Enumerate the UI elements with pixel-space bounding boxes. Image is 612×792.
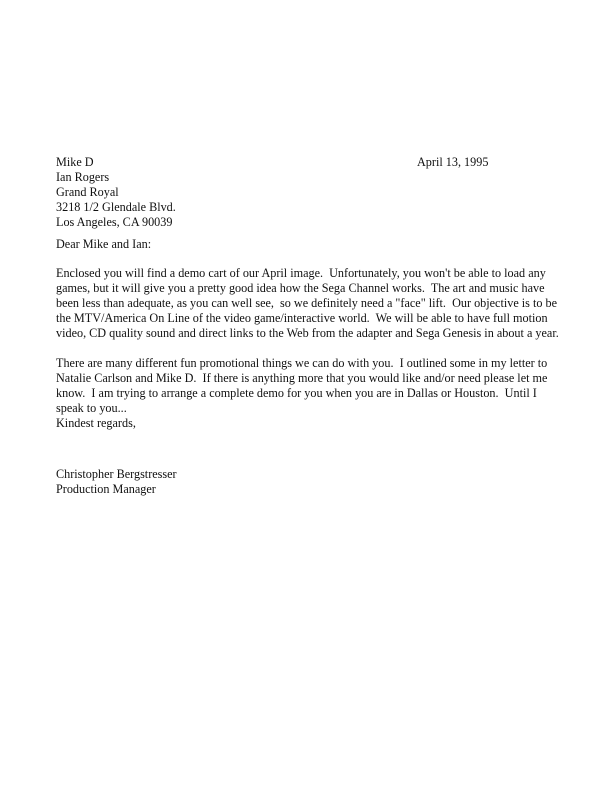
salutation: Dear Mike and Ian: bbox=[56, 237, 151, 251]
recipient-line: 3218 1/2 Glendale Blvd. bbox=[56, 200, 176, 214]
paragraph-line: speak to you... bbox=[56, 401, 127, 415]
letter-page: April 13, 1995 Mike D Ian Rogers Grand R… bbox=[0, 0, 612, 792]
signature-title: Production Manager bbox=[56, 482, 156, 496]
closing: Kindest regards, bbox=[56, 416, 136, 430]
signature-name: Christopher Bergstresser bbox=[56, 467, 177, 481]
recipient-line: Grand Royal bbox=[56, 185, 119, 199]
paragraph-line: Natalie Carlson and Mike D. If there is … bbox=[56, 371, 547, 385]
paragraph-line: Enclosed you will find a demo cart of ou… bbox=[56, 266, 546, 280]
recipient-line: Mike D bbox=[56, 155, 94, 169]
recipient-line: Ian Rogers bbox=[56, 170, 109, 184]
paragraph-line: There are many different fun promotional… bbox=[56, 356, 547, 370]
recipient-line: Los Angeles, CA 90039 bbox=[56, 215, 172, 229]
letter-date: April 13, 1995 bbox=[417, 155, 488, 169]
paragraph-line: video, CD quality sound and direct links… bbox=[56, 326, 559, 340]
paragraph-line: the MTV/America On Line of the video gam… bbox=[56, 311, 548, 325]
paragraph-line: been less than adequate, as you can well… bbox=[56, 296, 557, 310]
paragraph-line: know. I am trying to arrange a complete … bbox=[56, 386, 537, 400]
paragraph-line: games, but it will give you a pretty goo… bbox=[56, 281, 545, 295]
